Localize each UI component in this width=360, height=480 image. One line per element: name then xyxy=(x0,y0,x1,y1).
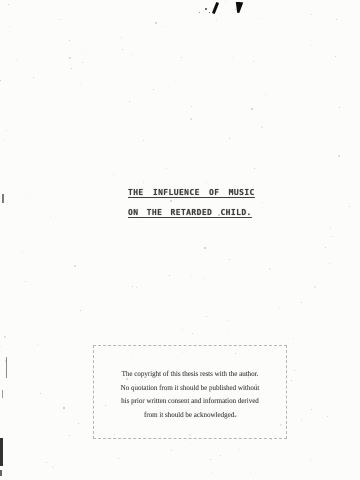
thesis-title-line-1: THE INFLUENCE OF MUSIC xyxy=(128,188,255,198)
scan-speck xyxy=(135,384,136,385)
scan-speck xyxy=(37,344,38,345)
scan-speck xyxy=(336,19,337,20)
scan-speck xyxy=(78,423,79,424)
thesis-title-line-2: ON THE RETARDED CHILD. xyxy=(128,208,252,218)
scan-speck xyxy=(228,320,229,321)
scan-speck xyxy=(311,14,312,15)
scan-speck xyxy=(204,247,206,249)
scan-speck xyxy=(74,265,76,267)
scan-speck xyxy=(225,1,226,2)
scan-speck xyxy=(301,419,302,420)
scan-speck xyxy=(136,287,137,288)
scan-speck xyxy=(189,434,191,436)
scan-speck xyxy=(171,450,172,451)
scan-speck xyxy=(301,302,302,303)
scan-speck xyxy=(180,416,181,417)
scan-speck xyxy=(250,472,251,473)
copyright-notice-box: The copyright of this thesis rests with … xyxy=(93,345,287,439)
scan-speck xyxy=(60,19,61,20)
scan-speck xyxy=(265,94,266,95)
scan-speck xyxy=(253,61,254,62)
scan-edge-artifact xyxy=(0,470,2,476)
scan-speck xyxy=(132,286,133,287)
scan-speck xyxy=(153,89,154,90)
scan-speck xyxy=(143,140,144,141)
scan-speck xyxy=(235,9,236,10)
scan-speck xyxy=(105,405,106,406)
scan-speck xyxy=(4,336,6,338)
scan-speck xyxy=(253,195,254,196)
scan-speck xyxy=(327,416,328,417)
scan-speck xyxy=(22,251,23,252)
scan-speck xyxy=(231,149,232,150)
scan-speck xyxy=(261,126,263,128)
scan-speck xyxy=(203,278,204,279)
scan-speck xyxy=(69,435,70,436)
scan-speck xyxy=(5,360,7,362)
scan-speck xyxy=(210,459,211,460)
scan-speck xyxy=(52,466,54,468)
scan-speck xyxy=(50,216,51,217)
scan-speck xyxy=(339,107,340,108)
copyright-line: The copyright of this thesis rests with … xyxy=(94,368,286,382)
scan-speck xyxy=(228,333,229,334)
scan-speck xyxy=(229,259,230,260)
scan-speck xyxy=(33,77,34,78)
scan-speck xyxy=(190,118,192,120)
scan-speck xyxy=(71,68,72,69)
scan-speck xyxy=(206,182,207,183)
scan-speck xyxy=(9,26,10,27)
scan-speck xyxy=(220,455,221,456)
scan-speck xyxy=(294,370,295,371)
scan-speck xyxy=(338,155,340,157)
scan-speck xyxy=(269,268,271,270)
scan-speck xyxy=(113,174,114,175)
scan-speck xyxy=(192,333,193,334)
scan-speck xyxy=(162,26,163,27)
scan-speck xyxy=(8,4,9,5)
scan-speck xyxy=(40,393,41,394)
scan-speck xyxy=(121,37,122,38)
scan-speck xyxy=(246,345,247,346)
scan-speck xyxy=(166,168,167,169)
scan-speck xyxy=(311,409,312,410)
scan-speck xyxy=(294,1,295,2)
scan-speck xyxy=(0,80,1,81)
ink-mark-wedge-icon xyxy=(235,2,244,14)
copyright-line: No quotation from it should be published… xyxy=(94,382,286,396)
scan-speck xyxy=(82,62,83,63)
scanned-thesis-title-page: THE INFLUENCE OF MUSIC ON THE RETARDED C… xyxy=(0,0,360,480)
scan-speck xyxy=(232,57,233,58)
scan-speck xyxy=(166,390,167,391)
scan-speck xyxy=(29,193,30,194)
scan-speck xyxy=(279,307,280,308)
scan-speck xyxy=(118,458,119,459)
scan-speck xyxy=(168,86,169,87)
scan-speck xyxy=(310,460,311,461)
scan-speck xyxy=(169,275,170,276)
scan-speck xyxy=(170,200,172,202)
scan-speck xyxy=(172,340,173,341)
scan-speck xyxy=(85,54,86,55)
ink-speck xyxy=(205,8,207,10)
scan-speck xyxy=(182,329,183,330)
scan-speck xyxy=(143,182,144,183)
scan-speck xyxy=(235,353,236,354)
scan-speck xyxy=(80,83,81,84)
scan-speck xyxy=(280,424,282,426)
copyright-line: his prior written consent and informatio… xyxy=(94,395,286,409)
scan-edge-artifact xyxy=(2,194,4,203)
scan-speck xyxy=(314,286,316,288)
scan-speck xyxy=(61,318,62,319)
ink-speck xyxy=(199,12,200,13)
scan-speck xyxy=(229,138,230,139)
scan-speck xyxy=(254,168,255,169)
scan-speck xyxy=(177,372,178,373)
scan-speck xyxy=(132,357,133,358)
scan-speck xyxy=(190,444,191,445)
scan-speck xyxy=(206,316,207,317)
ink-mark-slash-icon xyxy=(212,2,219,14)
scan-speck xyxy=(16,60,17,61)
scan-speck xyxy=(349,206,350,207)
scan-speck xyxy=(69,40,70,41)
scan-speck xyxy=(69,57,71,59)
scan-speck xyxy=(248,377,249,378)
scan-speck xyxy=(114,434,115,435)
scan-speck xyxy=(86,360,87,361)
scan-speck xyxy=(261,18,262,19)
scan-speck xyxy=(235,415,237,417)
scan-speck xyxy=(251,108,253,110)
scan-speck xyxy=(181,57,182,58)
scan-speck xyxy=(329,263,330,264)
scan-speck xyxy=(129,101,130,102)
scan-speck xyxy=(182,352,183,353)
scan-speck xyxy=(271,439,272,440)
scan-speck xyxy=(325,247,326,248)
scan-speck xyxy=(311,45,312,46)
scan-edge-artifact xyxy=(0,438,3,466)
scan-speck xyxy=(293,338,294,339)
scan-speck xyxy=(218,214,220,216)
scan-speck xyxy=(330,228,331,229)
scan-speck xyxy=(291,380,292,381)
scan-speck xyxy=(255,384,257,386)
scan-speck xyxy=(25,281,26,282)
scan-speck xyxy=(6,130,7,131)
scan-speck xyxy=(80,310,81,311)
scan-speck xyxy=(191,106,192,107)
scan-speck xyxy=(46,462,47,463)
scan-speck xyxy=(93,427,94,428)
scan-edge-artifact xyxy=(2,390,3,398)
scan-speck xyxy=(191,275,192,276)
scan-speck xyxy=(214,378,215,379)
ink-speck xyxy=(209,12,210,13)
scan-speck xyxy=(63,407,65,409)
scan-speck xyxy=(141,98,142,99)
scan-speck xyxy=(335,56,336,57)
scan-speck xyxy=(155,22,157,24)
scan-speck xyxy=(262,202,263,203)
scan-speck xyxy=(212,472,213,473)
scan-speck xyxy=(131,54,132,55)
scan-speck xyxy=(92,399,93,400)
scan-speck xyxy=(138,221,139,222)
scan-speck xyxy=(3,139,4,140)
scan-speck xyxy=(0,346,1,347)
scan-speck xyxy=(126,378,128,380)
scan-speck xyxy=(122,49,123,50)
copyright-line: from it should be acknowledged. xyxy=(94,409,286,423)
scan-speck xyxy=(216,19,217,20)
scan-speck xyxy=(239,449,240,450)
scan-speck xyxy=(331,236,332,237)
